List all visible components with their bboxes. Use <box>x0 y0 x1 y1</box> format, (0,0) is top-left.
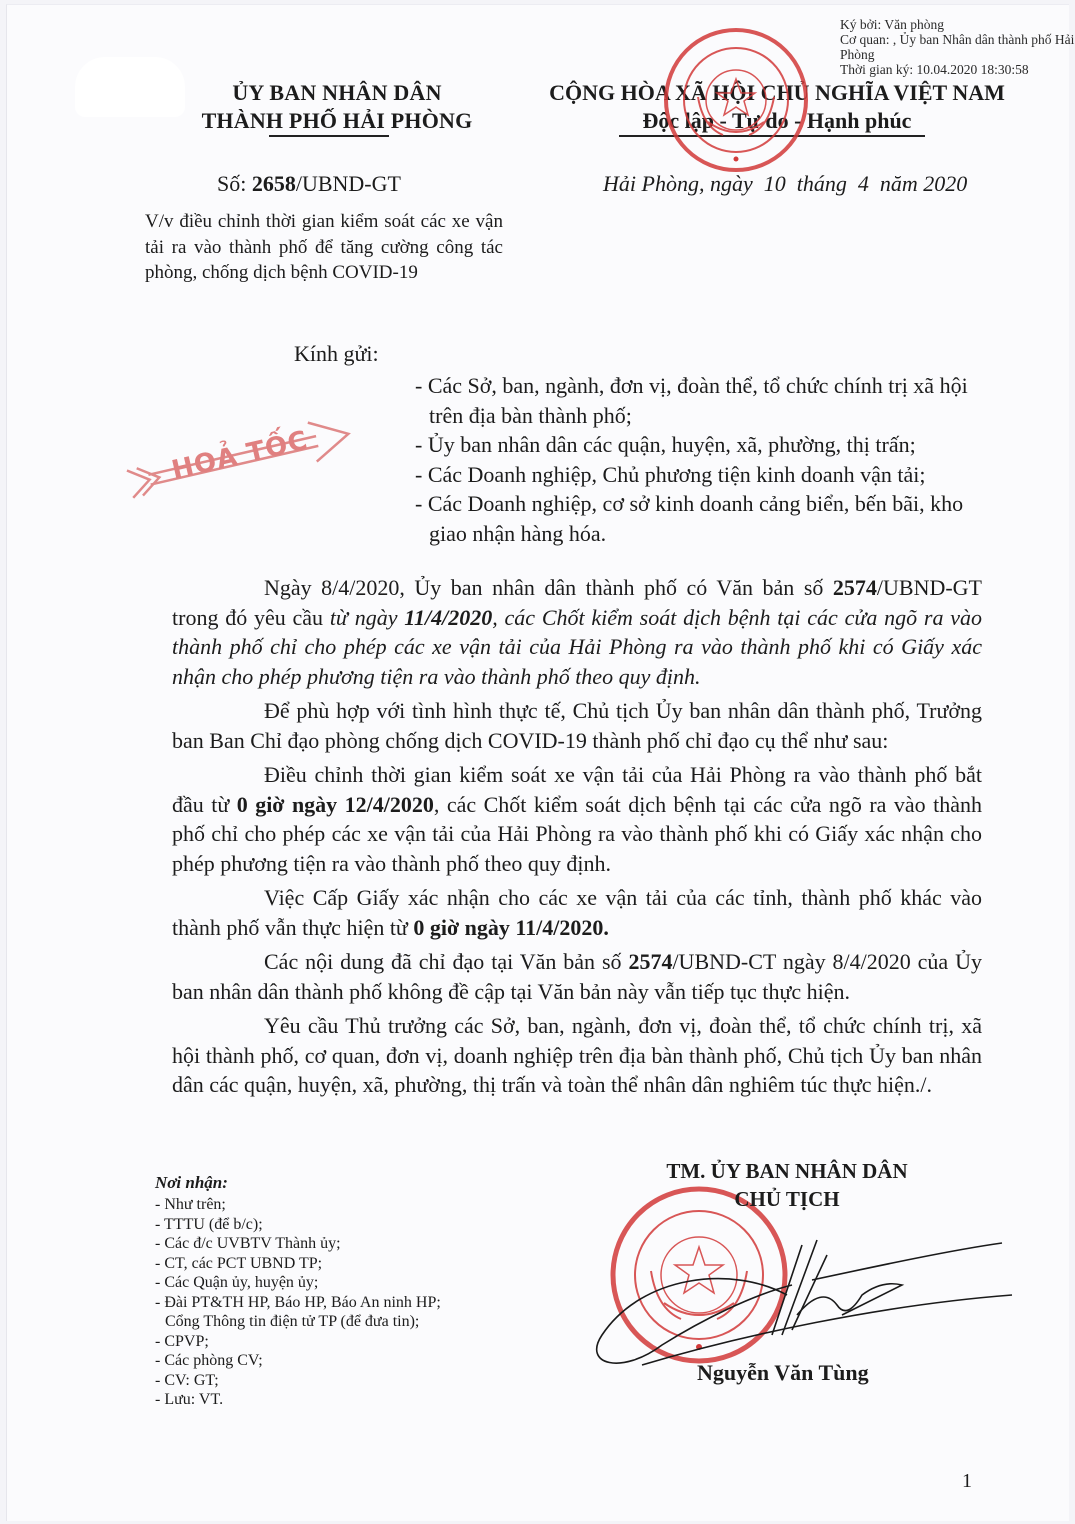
document-page: Ký bởi: Văn phòng Cơ quan: , Ủy ban Nhân… <box>6 4 1069 1521</box>
on-behalf-label: TM. ỦY BAN NHÂN DÂN <box>607 1157 967 1185</box>
signer-title: CHỦ TỊCH <box>607 1185 967 1213</box>
document-body: Ngày 8/4/2020, Ủy ban nhân dân thành phố… <box>172 573 982 1105</box>
recipient-item: - Các Quận ủy, huyện ủy; <box>155 1273 441 1293</box>
paragraph-2: Để phù hợp với tình hình thực tế, Chủ tị… <box>172 696 982 755</box>
signer-name: Nguyễn Văn Tùng <box>697 1360 869 1386</box>
signing-agency: Cơ quan: , Ủy ban Nhân dân thành phố Hải… <box>840 32 1075 62</box>
org-underline <box>269 135 389 137</box>
recipient-item: - CT, các PCT UBND TP; <box>155 1254 441 1274</box>
redacted-mark <box>75 57 185 117</box>
signed-by: Ký bởi: Văn phòng <box>840 17 1075 32</box>
recipient-item: - Lưu: VT. <box>155 1390 441 1410</box>
org-line-2: THÀNH PHỐ HẢI PHÒNG <box>177 107 497 135</box>
handwritten-signature-icon <box>582 1225 1022 1375</box>
issuing-organization: ỦY BAN NHÂN DÂN THÀNH PHỐ HẢI PHÒNG <box>177 79 497 135</box>
recipient-item: - Như trên; <box>155 1195 441 1215</box>
paragraph-5: Các nội dung đã chỉ đạo tại Văn bản số 2… <box>172 947 982 1006</box>
digital-signature-info: Ký bởi: Văn phòng Cơ quan: , Ủy ban Nhân… <box>840 17 1075 77</box>
recipient-item: Cổng Thông tin điện tử TP (để đưa tin); <box>155 1312 441 1332</box>
recipient-item: - CV: GT; <box>155 1371 441 1391</box>
document-number-value: 2658 <box>252 171 296 196</box>
recipient-item: - CPVP; <box>155 1332 441 1352</box>
page-number: 1 <box>962 1470 972 1493</box>
addressee-list: - Các Sở, ban, ngành, đơn vị, đoàn thể, … <box>415 371 1005 548</box>
official-seal-top-icon <box>663 27 809 173</box>
document-number: Số: 2658/UBND-GT <box>217 171 401 197</box>
recipient-item: - TTTU (để b/c); <box>155 1215 441 1235</box>
signature-block: TM. ỦY BAN NHÂN DÂN CHỦ TỊCH <box>607 1157 967 1213</box>
paragraph-6: Yêu cầu Thủ trưởng các Sở, ban, ngành, đ… <box>172 1011 982 1100</box>
recipients-list: - Như trên; - TTTU (để b/c); - Các đ/c U… <box>155 1195 441 1410</box>
document-subject: V/v điều chỉnh thời gian kiểm soát các x… <box>145 209 503 286</box>
paragraph-4: Việc Cấp Giấy xác nhận cho các xe vận tả… <box>172 883 982 942</box>
recipients-heading: Nơi nhận: <box>155 1173 228 1193</box>
recipient-item: - Các phòng CV; <box>155 1351 441 1371</box>
org-line-1: ỦY BAN NHÂN DÂN <box>177 79 497 107</box>
paragraph-3: Điều chỉnh thời gian kiểm soát xe vận tả… <box>172 760 982 878</box>
greeting: Kính gửi: <box>294 341 379 367</box>
addressee-item: - Các Doanh nghiệp, cơ sở kinh doanh cản… <box>415 489 1005 548</box>
recipient-item: - Đài PT&TH HP, Báo HP, Báo An ninh HP; <box>155 1293 441 1313</box>
signing-time: Thời gian ký: 10.04.2020 18:30:58 <box>840 62 1075 77</box>
urgent-stamp: HOẢ TỐC <box>114 397 364 519</box>
addressee-item: - Ủy ban nhân dân các quận, huyện, xã, p… <box>415 430 1005 460</box>
addressee-item: - Các Doanh nghiệp, Chủ phương tiện kinh… <box>415 460 1005 490</box>
recipient-item: - Các đ/c UVBTV Thành ủy; <box>155 1234 441 1254</box>
addressee-item: - Các Sở, ban, ngành, đơn vị, đoàn thể, … <box>415 371 1005 430</box>
place-and-date: Hải Phòng, ngày 10 tháng 4 năm 2020 <box>603 171 967 197</box>
paragraph-1: Ngày 8/4/2020, Ủy ban nhân dân thành phố… <box>172 573 982 691</box>
